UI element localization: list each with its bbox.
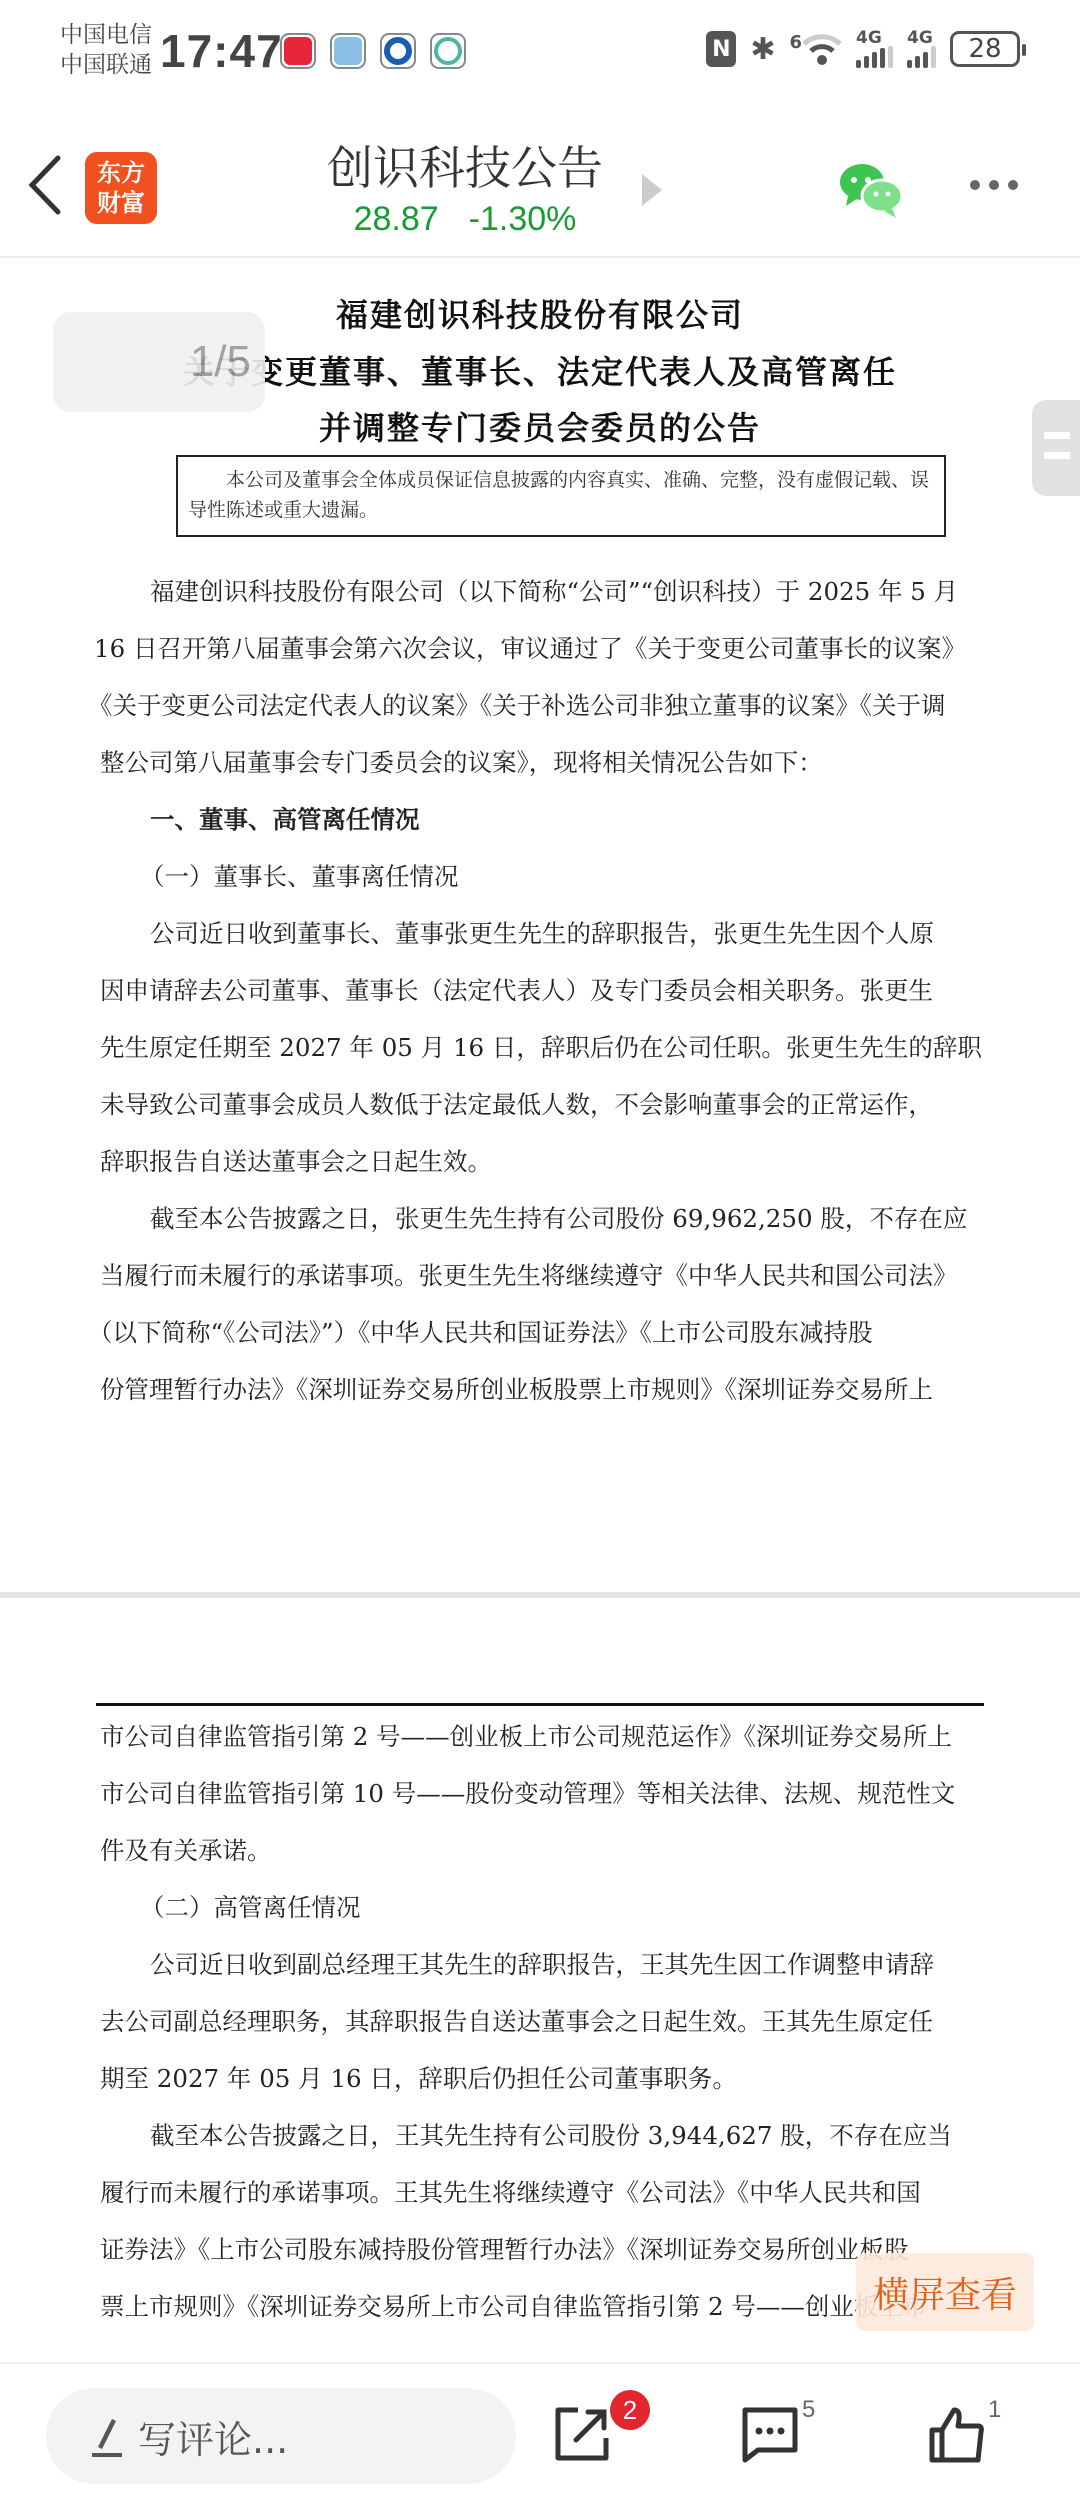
announcement-document[interactable]: 福建创识科技股份有限公司 关于变更董事、董事长、法定代表人及高管离任 并调整专门… — [0, 260, 1080, 2360]
like-count: 1 — [988, 2396, 1001, 2424]
like-button[interactable] — [926, 2404, 986, 2464]
dot-icon — [989, 180, 999, 190]
system-icons: N ✱ 6 4G 4G 28 — [706, 30, 1020, 68]
text-line: 公司近日收到董事长、董事张更生先生的辞职报告，张更生先生因个人原 — [100, 905, 980, 962]
text-line: 当履行而未履行的承诺事项。张更生先生将继续遵守《中华人民共和国公司法》 — [100, 1247, 980, 1304]
bluetooth-icon: ✱ — [750, 32, 775, 67]
xiaohongshu-icon — [280, 33, 316, 69]
landscape-view-button[interactable]: 横屏查看 — [856, 2253, 1034, 2331]
text-line: 份管理暂行办法》《深圳证券交易所创业板股票上市规则》《深圳证券交易所上 — [100, 1361, 980, 1418]
pencil-icon — [90, 2413, 124, 2459]
wechat-icon — [836, 160, 906, 220]
page-indicator: 1/5 — [53, 312, 265, 412]
text-line: 证券法》《上市公司股东减持股份管理暂行办法》《深圳证券交易所创业板股 — [100, 2221, 980, 2278]
wechat-share-button[interactable] — [836, 160, 906, 220]
page-title: 创识科技公告 — [0, 132, 930, 198]
signal-2-icon: 4G — [907, 30, 936, 68]
page-separator — [0, 1592, 1080, 1598]
comment-input[interactable]: 写评论... — [46, 2388, 516, 2484]
section-heading: 一、董事、高管离任情况 — [100, 791, 980, 848]
comment-placeholder: 写评论... — [138, 2409, 288, 2464]
signal-1-icon: 4G — [856, 30, 893, 68]
text-line: 因申请辞去公司董事、董事长（法定代表人）及专门委员会相关职务。张更生 — [100, 962, 980, 1019]
carrier-1: 中国电信 — [60, 20, 152, 50]
text-line: 先生原定任期至 2027 年 05 月 16 日，辞职后仍在公司任职。张更生先生… — [100, 1019, 980, 1076]
text-line: 整公司第八届董事会专门委员会的议案》，现将相关情况公告如下： — [100, 734, 980, 791]
page-header-rule — [96, 1703, 984, 1706]
text-line: 《关于变更公司法定代表人的议案》《关于补选公司非独立董事的议案》《关于调 — [88, 677, 980, 734]
status-bar: 中国电信 中国联通 17:47 N ✱ 6 4G 4G 28 — [0, 0, 1080, 100]
stock-quote[interactable]: 28.87-1.30% — [0, 200, 930, 239]
dot-icon — [1008, 180, 1018, 190]
share-button[interactable] — [552, 2404, 612, 2464]
disclaimer-box: 本公司及董事会全体成员保证信息披露的内容真实、准确、完整，没有虚假记载、误导性陈… — [176, 455, 946, 537]
more-options-button[interactable] — [970, 180, 1018, 190]
text-line: 福建创识科技股份有限公司（以下简称“公司”“创识科技）于 2025 年 5 月 — [100, 563, 980, 620]
thumbs-up-icon — [926, 2404, 986, 2464]
text-line: 市公司自律监管指引第 2 号——创业板上市公司规范运作》《深圳证券交易所上 — [100, 1708, 980, 1765]
share-badge: 2 — [610, 2390, 650, 2430]
comment-icon — [740, 2404, 800, 2464]
bottom-action-bar: 写评论... 2 5 1 — [0, 2362, 1080, 2504]
menu-line-icon — [1044, 432, 1070, 439]
stock-change: -1.30% — [469, 200, 577, 238]
nfc-icon: N — [706, 31, 736, 67]
text-line: 件及有关承诺。 — [100, 1822, 980, 1879]
carrier-2: 中国联通 — [60, 50, 152, 80]
text-line: 票上市规则》《深圳证券交易所上市公司自律监管指引第 2 号——创业板上市 — [100, 2278, 980, 2335]
page-1-body: 福建创识科技股份有限公司（以下简称“公司”“创识科技）于 2025 年 5 月 … — [100, 563, 980, 1418]
text-line: 去公司副总经理职务，其辞职报告自送达董事会之日起生效。王其先生原定任 — [100, 1993, 980, 2050]
battery-indicator: 28 — [950, 31, 1020, 67]
share-icon — [552, 2404, 612, 2464]
text-line: 公司近日收到副总经理王其先生的辞职报告，王其先生因工作调整申请辞 — [100, 1936, 980, 1993]
comment-count: 5 — [802, 2396, 815, 2424]
text-line: 截至本公告披露之日，张更生先生持有公司股份 69,962,250 股，不存在应 — [100, 1190, 980, 1247]
dot-icon — [970, 180, 980, 190]
notification-icons — [280, 33, 466, 69]
text-line: 未导致公司董事会成员人数低于法定最低人数，不会影响董事会的正常运作， — [100, 1076, 980, 1133]
text-line: （以下简称“《公司法》”）《中华人民共和国证券法》《上市公司股东减持股 — [88, 1304, 980, 1361]
wallet-icon — [430, 33, 466, 69]
comments-button[interactable] — [740, 2404, 800, 2464]
clock: 17:47 — [160, 24, 283, 78]
menu-line-icon — [1044, 452, 1070, 459]
app-header: 东方 财富 创识科技公告 28.87-1.30% — [0, 110, 1080, 258]
page-2-body: 市公司自律监管指引第 2 号——创业板上市公司规范运作》《深圳证券交易所上 市公… — [100, 1708, 980, 2335]
text-line: 履行而未履行的承诺事项。王其先生将继续遵守《公司法》《中华人民共和国 — [100, 2164, 980, 2221]
text-line: 期至 2027 年 05 月 16 日，辞职后仍担任公司董事职务。 — [100, 2050, 980, 2107]
wifi-icon: 6 — [789, 32, 842, 66]
subsection-heading: （二）高管离任情况 — [100, 1879, 980, 1936]
subsection-heading: （一）董事长、董事离任情况 — [100, 848, 980, 905]
bank-icon — [380, 33, 416, 69]
caret-right-icon[interactable] — [642, 174, 662, 206]
text-line: 16 日召开第八届董事会第六次会议，审议通过了《关于变更公司董事长的议案》 — [94, 620, 980, 677]
side-panel-toggle[interactable] — [1032, 400, 1080, 496]
stock-price: 28.87 — [354, 200, 439, 238]
text-line: 截至本公告披露之日，王其先生持有公司股份 3,944,627 股，不存在应当 — [100, 2107, 980, 2164]
text-line: 辞职报告自送达董事会之日起生效。 — [100, 1133, 980, 1190]
message-icon — [330, 33, 366, 69]
text-line: 市公司自律监管指引第 10 号——股份变动管理》等相关法律、法规、规范性文 — [100, 1765, 980, 1822]
carrier-info: 中国电信 中国联通 — [60, 20, 152, 80]
